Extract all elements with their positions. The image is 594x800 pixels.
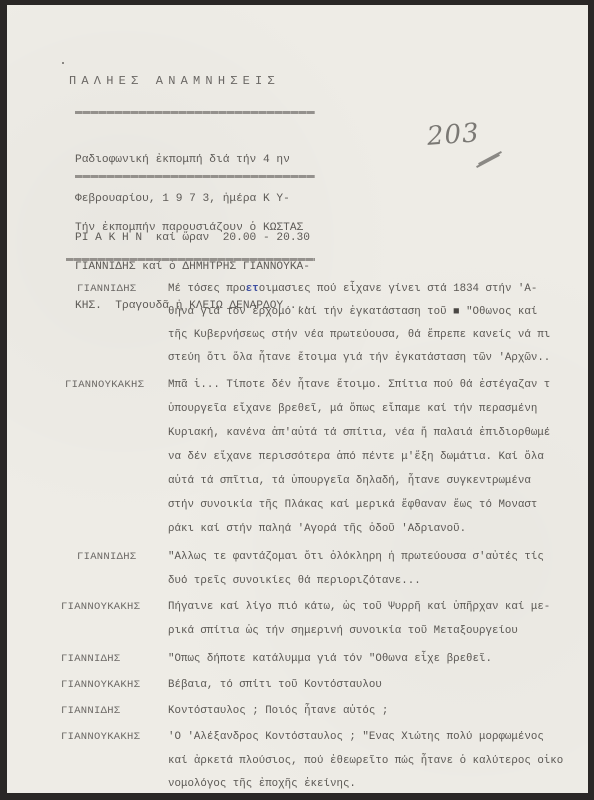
document-title: ΠΑΛΗΕΣ ΑΝΑΜΝΗΣΕΙΣ — [69, 74, 280, 88]
speaker-label: ΓΙΑΝΝΙΔΗΣ — [61, 705, 120, 717]
speaker-label: ΓΙΑΝΝΟΥΚΑΚΗΣ — [65, 379, 144, 391]
dialogue-line: Πήγαινε καί λίγο πιό κάτω, ὡς τοῦ Ψυρρῆ … — [168, 601, 550, 613]
ink-correction: ετ — [246, 283, 259, 295]
dialogue-line: Μπᾶ ἱ... Τίποτε δέν ἦτανε ἕτοιμο. Σπίτια… — [168, 379, 550, 391]
separator-line — [75, 111, 315, 114]
dialogue-line: Μέ τόσες προετοιμασιες πού εἶχανε γίνει … — [168, 283, 537, 295]
dialogue-line: Βέβαια, τό σπίτι τοῦ Κοντόσταυλου — [168, 679, 382, 691]
struck-character: ■ — [453, 306, 466, 318]
dialogue-line: καί ἀρκετά πλούσιος, πού ἐθεωρεῖτο πώς ἦ… — [168, 755, 563, 767]
paper-speck — [62, 62, 64, 64]
dialogue-line: 'Ο 'Αλέξανδρος Κοντόσταυλος ; "Ενας Χιώτ… — [168, 731, 544, 743]
dialogue-line: "Οπως δήποτε κατάλυμμα γιά τόν "Οθωνα εἶ… — [168, 653, 492, 665]
speaker-label: ΓΙΑΝΝΙΔΗΣ — [77, 283, 136, 295]
dialogue-line: Κοντόσταυλος ; Ποιός ἦτανε αὐτός ; — [168, 705, 388, 717]
handwritten-page-number: 203 — [426, 118, 481, 152]
dialogue-line: να δέν εἴχανε περισσότερα ἀπό πέντε μ'ἕξ… — [168, 451, 544, 463]
dialogue-line: ρικά σπίτια ὡς τήν σημερινή συνοικία τοῦ… — [168, 625, 518, 637]
dialogue-line: θήνα γιά τόν ἐρχομό καί τήν ἐγκατάσταση … — [168, 306, 537, 318]
separator-line — [75, 175, 315, 178]
scan-frame: ΠΑΛΗΕΣ ΑΝΑΜΝΗΣΕΙΣ Ραδιοφωνική ἐκπομπή δι… — [0, 0, 594, 800]
presenters-line: ΓΙΑΝΝΙΔΗΣ καί ὁ ΔΗΜΗΤΡΗΣ ΓΙΑΝΝΟΥΚΑ- — [75, 261, 310, 274]
dialogue-line: τῆς Κυβερνήσεως στήν νέα πρωτεύουσα, θά … — [168, 329, 550, 341]
dialogue-line: δυό τρεῖς συνοικίες θά περιοριζότανε... — [168, 575, 421, 587]
dialogue-line: στήν συνοικία τῆς Πλάκας καί μερικά ἔφθα… — [168, 499, 537, 511]
dialogue-line: στεύη ὅτι ὅλα ἦτανε ἕτοιμα γιά τήν ἐγκατ… — [168, 352, 550, 364]
speaker-label: ΓΙΑΝΝΟΥΚΑΚΗΣ — [61, 679, 140, 691]
text-segment: θήνα γιά τόν ἐρχομό καί τήν ἐγκατάσταση … — [168, 306, 453, 318]
dialogue-line: Κυριακή, κανένα ἀπ'αὐτά τά σπίτια, νέα ἤ… — [168, 427, 550, 439]
text-segment: Μέ τόσες προ — [168, 283, 246, 295]
separator-line — [66, 258, 315, 261]
typewritten-page: ΠΑΛΗΕΣ ΑΝΑΜΝΗΣΕΙΣ Ραδιοφωνική ἐκπομπή δι… — [7, 5, 588, 793]
dialogue-line: ὑπουργεῖα εἴχανε βρεθεῖ, μά ὅπως εἴπαμε … — [168, 403, 537, 415]
speaker-label: ΓΙΑΝΝΟΥΚΑΚΗΣ — [61, 731, 140, 743]
text-segment: οιμασιες πού εἶχανε γίνει στά 1834 στήν … — [259, 283, 538, 295]
dialogue-line: ράκι καί στήν παληά 'Αγορά τῆς ὁδοῦ 'Αδρ… — [168, 523, 466, 535]
presenters-line: Τήν ἐκπομπήν παρουσιάζουν ὁ ΚΩΣΤΑΣ — [75, 222, 310, 235]
dialogue-line: νομολόγος τῆς ἐποχῆς ἐκείνης. — [168, 778, 356, 790]
broadcast-line: Ραδιοφωνική ἐκπομπή διά τήν 4 ην — [75, 154, 310, 167]
speaker-label: ΓΙΑΝΝΙΔΗΣ — [61, 653, 120, 665]
dialogue-line: αὐτά τά σπῖτια, τά ὑπουργεῖα δηλαδή, ἦτα… — [168, 475, 531, 487]
speaker-label: ΓΙΑΝΝΙΔΗΣ — [77, 551, 136, 563]
speaker-label: ΓΙΑΝΝΟΥΚΑΚΗΣ — [61, 601, 140, 613]
text-segment: "Οθωνος καί — [466, 306, 537, 318]
dialogue-line: "Αλλως τε φαντάζομαι ὅτι ὁλόκληρη ἡ πρωτ… — [168, 551, 544, 563]
